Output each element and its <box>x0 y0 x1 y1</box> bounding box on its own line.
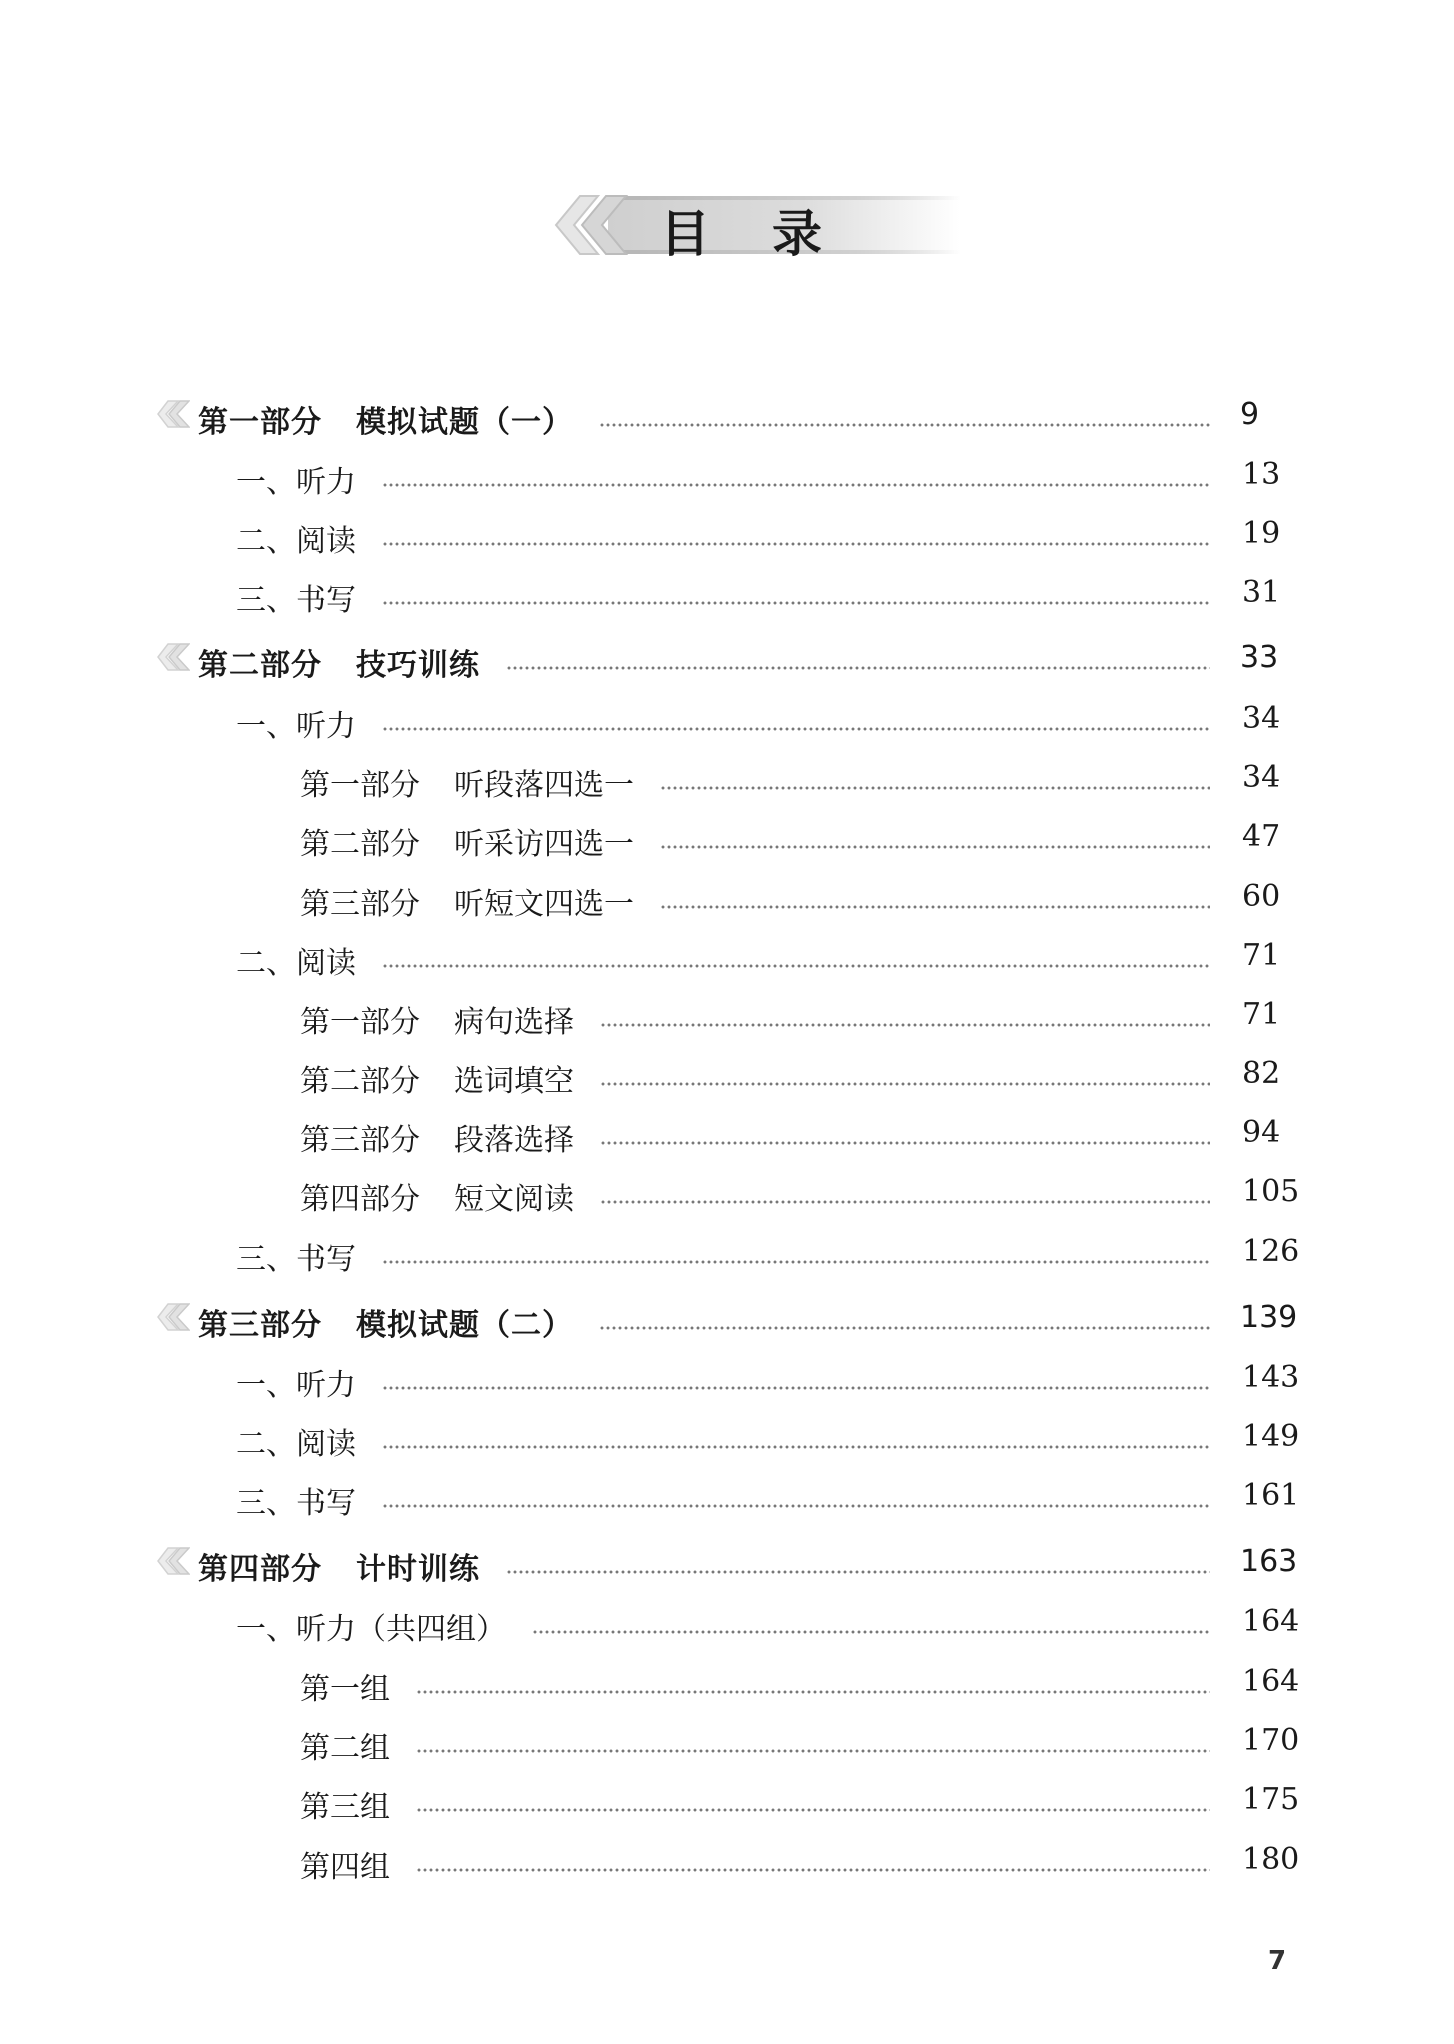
toc-entry[interactable]: 一、听力34 <box>0 695 1454 745</box>
toc-entry-label: 第三组 <box>300 1782 390 1826</box>
toc-entry[interactable]: 第三组175 <box>0 1776 1454 1826</box>
toc-entry[interactable]: 一、听力143 <box>0 1354 1454 1404</box>
dotted-leader <box>506 1570 1210 1574</box>
toc-entry-part: 一、 <box>236 709 296 744</box>
dotted-leader <box>416 1749 1210 1753</box>
toc-entry-title: 听采访四选一 <box>454 827 634 862</box>
toc-entry-page: 82 <box>1242 1056 1280 1091</box>
dotted-leader <box>382 542 1210 546</box>
toc-entry-page: 175 <box>1242 1782 1299 1817</box>
toc-entry[interactable]: 第二组170 <box>0 1717 1454 1767</box>
toc-entry-page: 71 <box>1242 997 1280 1032</box>
toc-entry-page: 149 <box>1242 1419 1299 1454</box>
toc-entry-part: 第一部分 <box>300 1005 420 1040</box>
dotted-leader <box>600 1141 1210 1145</box>
toc-entry[interactable]: 第四组180 <box>0 1836 1454 1886</box>
toc-entry-title: 听力 <box>296 1368 356 1403</box>
toc-entry[interactable]: 第三部分模拟试题（二）139 <box>0 1294 1454 1344</box>
toc-entry-label: 第三部分模拟试题（二） <box>198 1300 573 1344</box>
toc-entry-label: 第二部分技巧训练 <box>198 640 480 684</box>
double-chevron-left-icon <box>540 192 630 258</box>
toc-entry-page: 60 <box>1242 879 1280 914</box>
toc-entry[interactable]: 第二部分技巧训练33 <box>0 634 1454 684</box>
toc-entry-title: 选词填空 <box>454 1064 574 1099</box>
toc-entry-part: 第三部分 <box>300 1123 420 1158</box>
toc-entry-label: 第二部分听采访四选一 <box>300 819 634 863</box>
toc-entry-label: 二、阅读 <box>236 1419 356 1463</box>
toc-entry-label: 第四部分计时训练 <box>198 1544 480 1588</box>
dotted-leader <box>660 905 1210 909</box>
toc-entry-title: 书写 <box>296 1486 356 1521</box>
toc-entry-label: 第三部分听短文四选一 <box>300 879 634 923</box>
toc-entry-part: 二、 <box>236 524 296 559</box>
toc-entry-page: 105 <box>1242 1174 1299 1209</box>
part-marker-icon <box>156 642 190 672</box>
toc-entry-label: 第一部分听段落四选一 <box>300 760 634 804</box>
toc-entry-title: 计时训练 <box>356 1552 480 1587</box>
toc-entry-title: 听段落四选一 <box>454 768 634 803</box>
toc-entry-title: 听力 <box>296 465 356 500</box>
toc-entry-title: 模拟试题（一） <box>356 405 573 440</box>
dotted-leader <box>532 1630 1210 1634</box>
page-title: 目录 <box>660 194 884 266</box>
dotted-leader <box>382 964 1210 968</box>
toc-entry-label: 第一部分病句选择 <box>300 997 574 1041</box>
toc-title-banner: 目录 <box>540 182 960 268</box>
dotted-leader <box>416 1690 1210 1694</box>
toc-entry-label: 二、阅读 <box>236 516 356 560</box>
toc-entry-label: 一、听力 <box>236 1360 356 1404</box>
toc-entry-page: 31 <box>1242 575 1280 610</box>
toc-entry[interactable]: 二、阅读149 <box>0 1413 1454 1463</box>
toc-entry-page: 19 <box>1242 516 1280 551</box>
toc-entry-title: 第四组 <box>300 1850 390 1885</box>
toc-entry[interactable]: 第三部分听短文四选一60 <box>0 873 1454 923</box>
dotted-leader <box>600 1200 1210 1204</box>
toc-entry-title: 阅读 <box>296 946 356 981</box>
toc-entry-label: 三、书写 <box>236 1478 356 1522</box>
toc-entry-title: 听力（共四组） <box>296 1612 506 1647</box>
dotted-leader <box>382 1504 1210 1508</box>
toc-entry-page: 143 <box>1242 1360 1299 1395</box>
toc-entry[interactable]: 第一组164 <box>0 1658 1454 1708</box>
toc-entry-label: 第一部分模拟试题（一） <box>198 397 573 441</box>
toc-entry-label: 三、书写 <box>236 1234 356 1278</box>
toc-entry-page: 161 <box>1242 1478 1299 1513</box>
toc-entry-label: 第二组 <box>300 1723 390 1767</box>
toc-entry-title: 病句选择 <box>454 1005 574 1040</box>
toc-entry-part: 三、 <box>236 1486 296 1521</box>
dotted-leader <box>382 483 1210 487</box>
toc-entry-page: 126 <box>1242 1234 1299 1269</box>
page-number: 7 <box>1268 1946 1286 1976</box>
toc-entry-part: 一、 <box>236 1612 296 1647</box>
toc-entry-part: 第三部分 <box>198 1308 322 1343</box>
toc-entry-label: 第四组 <box>300 1842 390 1886</box>
part-marker-icon <box>156 399 190 429</box>
toc-entry-label: 三、书写 <box>236 575 356 619</box>
toc-entry-page: 33 <box>1240 640 1278 675</box>
toc-entry-page: 139 <box>1240 1300 1297 1335</box>
toc-entry-page: 13 <box>1242 457 1280 492</box>
toc-entry-label: 第二部分选词填空 <box>300 1056 574 1100</box>
toc-entry-page: 9 <box>1240 397 1259 432</box>
toc-entry-label: 一、听力（共四组） <box>236 1604 506 1648</box>
toc-entry-part: 第一部分 <box>300 768 420 803</box>
toc-entry-page: 180 <box>1242 1842 1299 1877</box>
toc-entry-part: 第三部分 <box>300 887 420 922</box>
toc-entry[interactable]: 二、阅读19 <box>0 510 1454 560</box>
toc-entry-label: 第四部分短文阅读 <box>300 1174 574 1218</box>
toc-entry-label: 第一组 <box>300 1664 390 1708</box>
toc-entry-part: 第二部分 <box>300 827 420 862</box>
toc-entry-title: 阅读 <box>296 1427 356 1462</box>
dotted-leader <box>382 1386 1210 1390</box>
toc-entry-title: 第三组 <box>300 1790 390 1825</box>
toc-entry-part: 第四部分 <box>198 1552 322 1587</box>
toc-entry-title: 听力 <box>296 709 356 744</box>
toc-entry[interactable]: 第四部分短文阅读105 <box>0 1168 1454 1218</box>
toc-entry[interactable]: 一、听力（共四组）164 <box>0 1598 1454 1648</box>
toc-entry[interactable]: 三、书写31 <box>0 569 1454 619</box>
toc-entry-page: 170 <box>1242 1723 1299 1758</box>
toc-entry-label: 一、听力 <box>236 701 356 745</box>
toc-entry-page: 71 <box>1242 938 1280 973</box>
toc-entry[interactable]: 三、书写161 <box>0 1472 1454 1522</box>
toc-entry-part: 三、 <box>236 1242 296 1277</box>
dotted-leader <box>416 1868 1210 1872</box>
dotted-leader <box>600 1082 1210 1086</box>
toc-entry-part: 二、 <box>236 1427 296 1462</box>
dotted-leader <box>600 1023 1210 1027</box>
toc-entry-title: 听短文四选一 <box>454 887 634 922</box>
toc-entry[interactable]: 一、听力13 <box>0 451 1454 501</box>
toc-entry-title: 书写 <box>296 583 356 618</box>
toc-entry[interactable]: 第一部分病句选择71 <box>0 991 1454 1041</box>
toc-entry-page: 94 <box>1242 1115 1280 1150</box>
toc-entry-part: 三、 <box>236 583 296 618</box>
toc-entry-title: 第二组 <box>300 1731 390 1766</box>
toc-entry-page: 34 <box>1242 701 1280 736</box>
dotted-leader <box>382 601 1210 605</box>
dotted-leader <box>599 423 1210 427</box>
toc-entry[interactable]: 二、阅读71 <box>0 932 1454 982</box>
toc-entry-title: 技巧训练 <box>356 648 480 683</box>
part-marker-icon <box>156 1302 190 1332</box>
toc-entry-title: 段落选择 <box>454 1123 574 1158</box>
dotted-leader <box>382 1445 1210 1449</box>
toc-entry-page: 164 <box>1242 1664 1299 1699</box>
toc-entry-label: 一、听力 <box>236 457 356 501</box>
toc-entry-part: 一、 <box>236 1368 296 1403</box>
toc-entry[interactable]: 第三部分段落选择94 <box>0 1109 1454 1159</box>
toc-entry-page: 47 <box>1242 819 1280 854</box>
toc-entry-part: 第一部分 <box>198 405 322 440</box>
dotted-leader <box>416 1808 1210 1812</box>
dotted-leader <box>599 1326 1210 1330</box>
toc-entry-page: 163 <box>1240 1544 1297 1579</box>
toc-entry[interactable]: 第四部分计时训练163 <box>0 1538 1454 1588</box>
dotted-leader <box>660 786 1210 790</box>
toc-entry-title: 书写 <box>296 1242 356 1277</box>
toc-entry-part: 二、 <box>236 946 296 981</box>
dotted-leader <box>660 845 1210 849</box>
toc-entry[interactable]: 第二部分选词填空82 <box>0 1050 1454 1100</box>
toc-entry-title: 模拟试题（二） <box>356 1308 573 1343</box>
dotted-leader <box>382 1260 1210 1264</box>
toc-entry[interactable]: 第一部分听段落四选一34 <box>0 754 1454 804</box>
toc-entry-part: 第四部分 <box>300 1182 420 1217</box>
dotted-leader <box>506 666 1210 670</box>
toc-entry-title: 短文阅读 <box>454 1182 574 1217</box>
toc-entry[interactable]: 第二部分听采访四选一47 <box>0 813 1454 863</box>
dotted-leader <box>382 727 1210 731</box>
toc-entry-page: 164 <box>1242 1604 1299 1639</box>
toc-entry-label: 二、阅读 <box>236 938 356 982</box>
toc-entry-part: 一、 <box>236 465 296 500</box>
toc-entry-part: 第二部分 <box>198 648 322 683</box>
toc-entry-page: 34 <box>1242 760 1280 795</box>
toc-entry-title: 阅读 <box>296 524 356 559</box>
toc-entry-title: 第一组 <box>300 1672 390 1707</box>
part-marker-icon <box>156 1546 190 1576</box>
toc-entry[interactable]: 三、书写126 <box>0 1228 1454 1278</box>
toc-entry-label: 第三部分段落选择 <box>300 1115 574 1159</box>
toc-entry-part: 第二部分 <box>300 1064 420 1099</box>
toc-entry[interactable]: 第一部分模拟试题（一）9 <box>0 391 1454 441</box>
